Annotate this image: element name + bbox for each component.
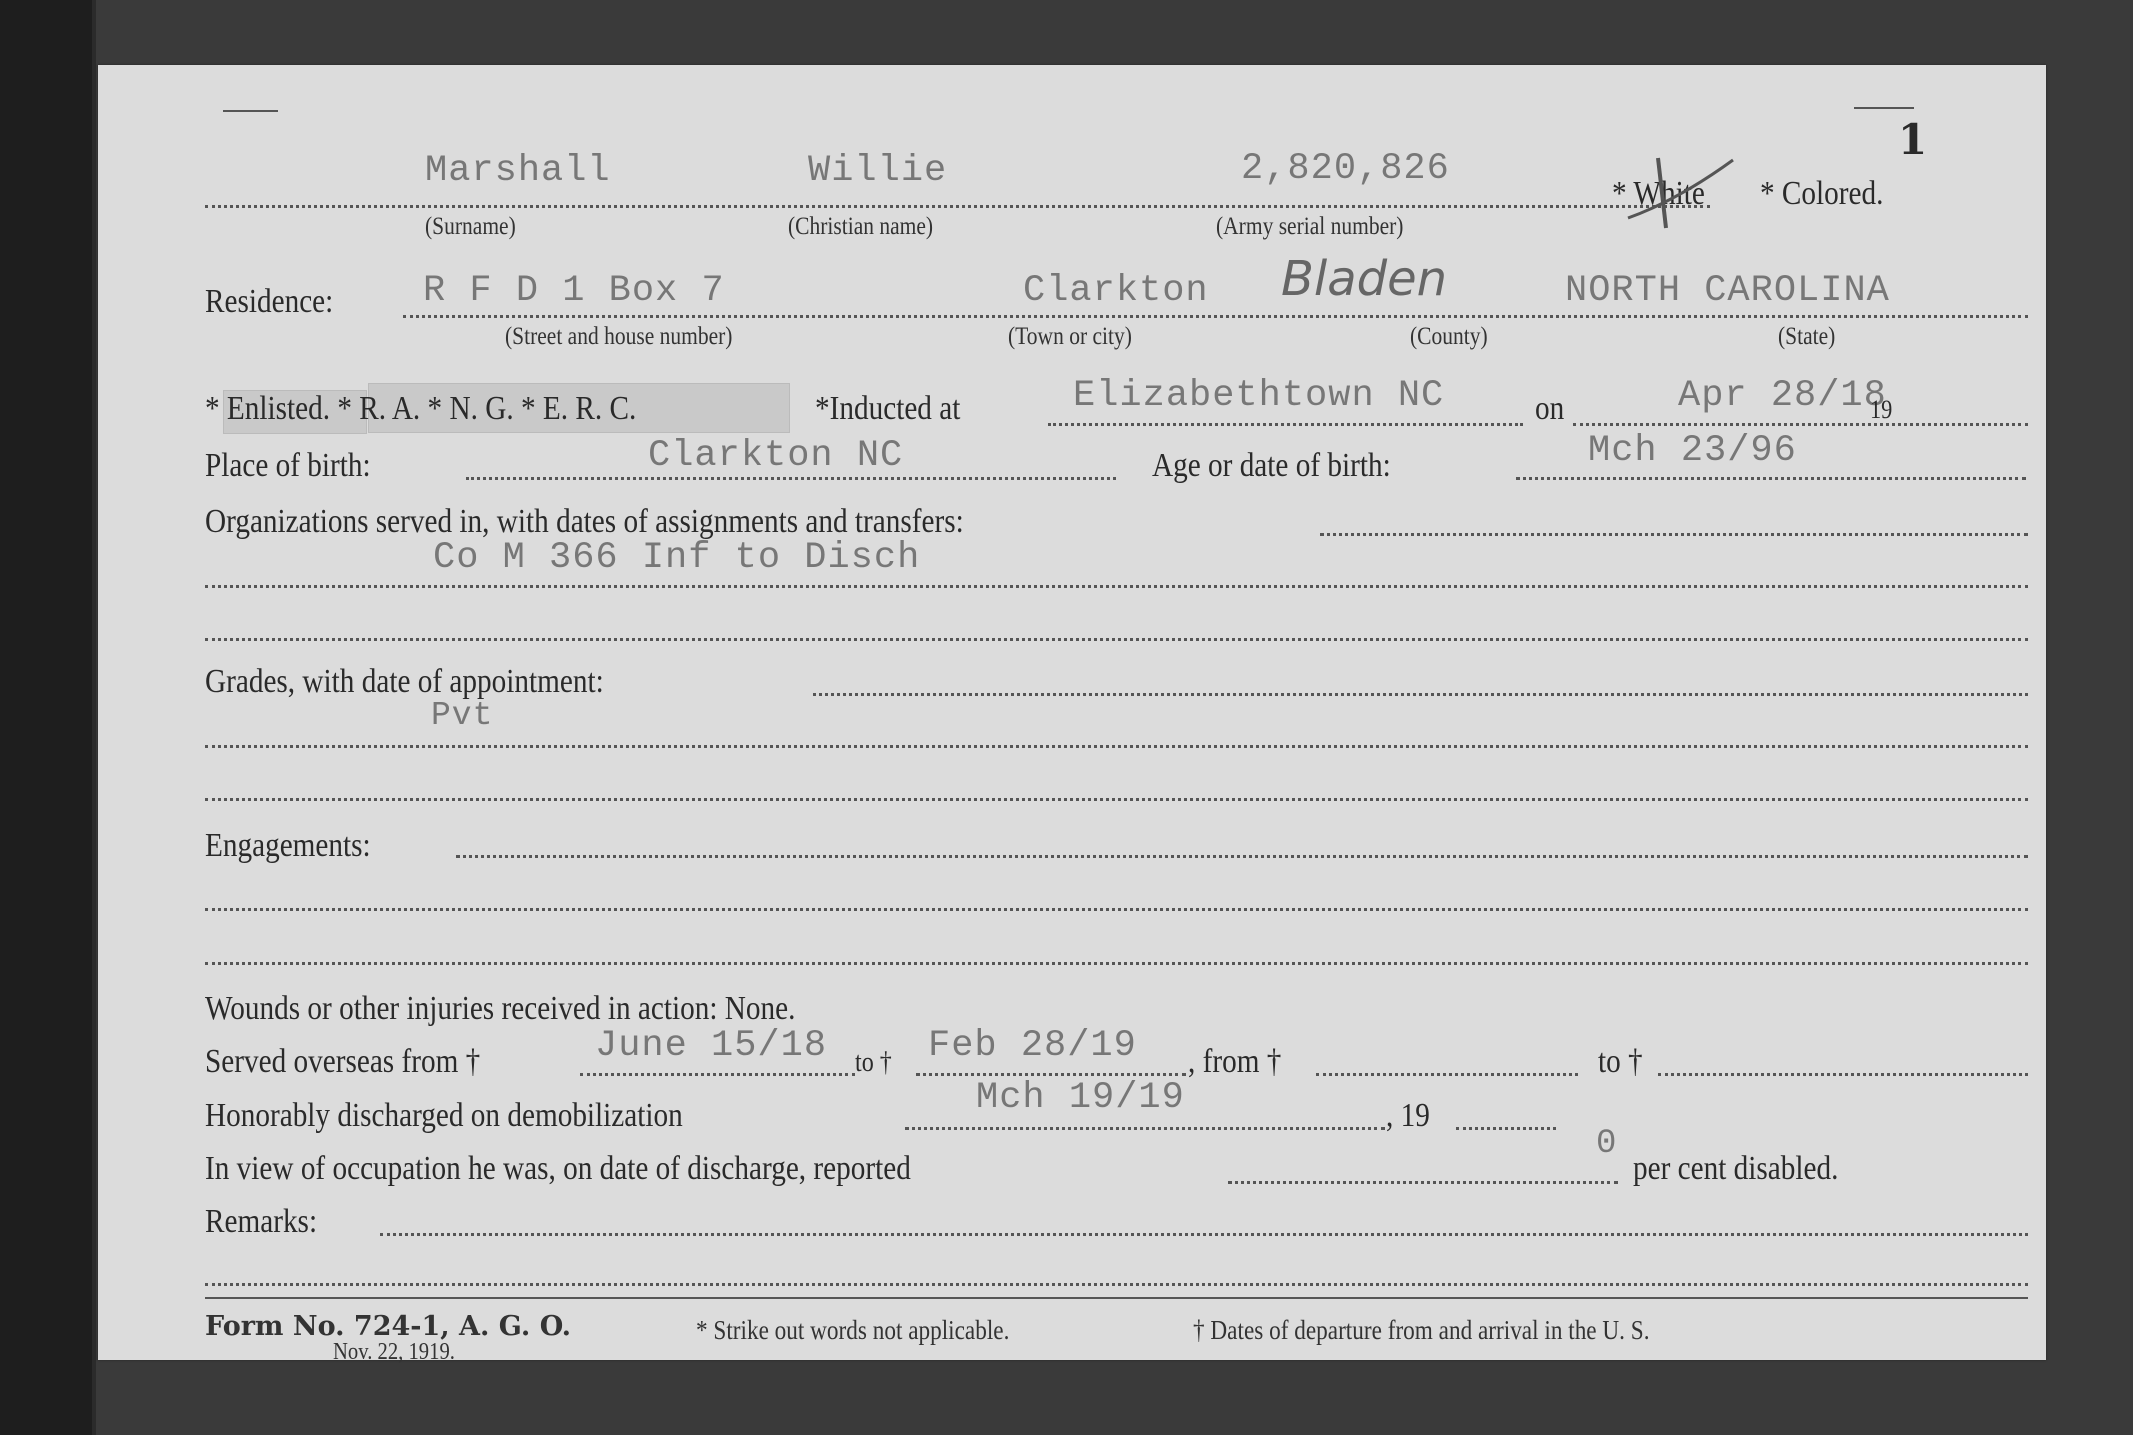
strike-out-note: * Strike out words not applicable. <box>696 1315 1009 1346</box>
year-prefix: 19 <box>1870 395 1892 425</box>
engagements-line-1 <box>456 855 2028 858</box>
race-colored-option: * Colored. <box>1760 175 1883 213</box>
scanner-border <box>0 0 96 1435</box>
disability-suffix: per cent disabled. <box>1633 1150 1838 1188</box>
street-value: R F D 1 Box 7 <box>423 270 725 312</box>
residence-label: Residence: <box>205 283 333 321</box>
overseas-from-line <box>580 1073 855 1076</box>
top-left-rule <box>223 110 278 112</box>
date-of-birth-line <box>1516 477 2026 480</box>
overseas-from2-label: , from † <box>1188 1043 1281 1081</box>
place-of-birth-line <box>466 477 1116 480</box>
discharge-year-label: , 19 <box>1386 1097 1430 1135</box>
remarks-line-1 <box>380 1233 2028 1236</box>
name-line <box>205 205 1710 208</box>
christian-name-label: (Christian name) <box>788 213 933 241</box>
enlistment-options: * Enlisted. * R. A. * N. G. * E. R. C. <box>205 390 636 428</box>
surname-label: (Surname) <box>425 213 516 241</box>
overseas-from-value: June 15/18 <box>595 1025 827 1067</box>
discharge-date-value: Mch 19/19 <box>976 1077 1185 1119</box>
date-of-birth-value: Mch 23/96 <box>1588 430 1797 472</box>
remarks-line-2 <box>205 1283 2028 1286</box>
residence-line <box>403 315 2028 318</box>
overseas-to-line <box>916 1073 1186 1076</box>
overseas-from2-line <box>1316 1073 1578 1076</box>
county-value: Bladen <box>1281 251 1447 307</box>
street-label: (Street and house number) <box>505 323 732 351</box>
wounds-label: Wounds or other injuries received in act… <box>205 990 795 1028</box>
organizations-line-1 <box>1320 533 2028 536</box>
serial-number-label: (Army serial number) <box>1216 213 1403 241</box>
form-number: Form No. 724-1, A. G. O. <box>205 1311 571 1342</box>
overseas-to-label: to † <box>855 1047 892 1079</box>
overseas-to2-line <box>1658 1073 2028 1076</box>
service-record-card: 1 Marshall Willie 2,820,826 * White * Co… <box>98 65 2046 1360</box>
surname-value: Marshall <box>425 150 611 192</box>
overseas-to2-label: to † <box>1598 1043 1643 1081</box>
organizations-line-3 <box>205 638 2028 641</box>
page-number: 1 <box>1898 115 1927 164</box>
organizations-label: Organizations served in, with dates of a… <box>205 503 964 541</box>
overseas-label: Served overseas from † <box>205 1043 480 1081</box>
state-label: (State) <box>1778 323 1835 351</box>
grades-line-1 <box>813 693 2028 696</box>
disability-percent-value: 0 <box>1596 1125 1617 1163</box>
organizations-line-2 <box>205 585 2028 588</box>
organizations-value: Co M 366 Inf to Disch <box>433 537 920 579</box>
place-of-birth-value: Clarkton NC <box>648 435 903 477</box>
inducted-line <box>1048 423 1523 426</box>
grades-line-2 <box>205 745 2028 748</box>
remarks-label: Remarks: <box>205 1203 317 1241</box>
grades-label: Grades, with date of appointment: <box>205 663 604 701</box>
footer-rule <box>205 1297 2028 1299</box>
on-label: on <box>1535 390 1564 428</box>
form-date: Nov. 22, 1919. <box>333 1339 455 1366</box>
date-of-birth-label: Age or date of birth: <box>1152 447 1391 485</box>
town-value: Clarkton <box>1023 270 1209 312</box>
county-label: (County) <box>1410 323 1488 351</box>
inducted-at-value: Elizabethtown NC <box>1073 375 1444 417</box>
strike-mark-icon <box>1618 140 1738 230</box>
dates-note: † Dates of departure from and arrival in… <box>1193 1315 1650 1346</box>
date-line <box>1573 423 2028 426</box>
engagements-label: Engagements: <box>205 827 371 865</box>
serial-number-value: 2,820,826 <box>1241 148 1450 190</box>
disability-label: In view of occupation he was, on date of… <box>205 1150 911 1188</box>
top-right-rule <box>1854 107 1914 109</box>
discharge-line <box>905 1127 1385 1130</box>
disability-line <box>1228 1181 1618 1184</box>
overseas-to-value: Feb 28/19 <box>928 1025 1137 1067</box>
grades-line-3 <box>205 798 2028 801</box>
engagements-line-2 <box>205 908 2028 911</box>
discharge-year-line <box>1456 1127 1556 1130</box>
grade-value: Pvt <box>431 697 493 734</box>
inducted-date-value: Apr 28/18 <box>1678 375 1887 417</box>
state-value: NORTH CAROLINA <box>1565 270 1890 312</box>
discharge-label: Honorably discharged on demobilization <box>205 1097 683 1135</box>
place-of-birth-label: Place of birth: <box>205 447 371 485</box>
town-label: (Town or city) <box>1008 323 1132 351</box>
inducted-label: *Inducted at <box>815 390 960 428</box>
engagements-line-3 <box>205 962 2028 965</box>
christian-name-value: Willie <box>808 150 947 192</box>
